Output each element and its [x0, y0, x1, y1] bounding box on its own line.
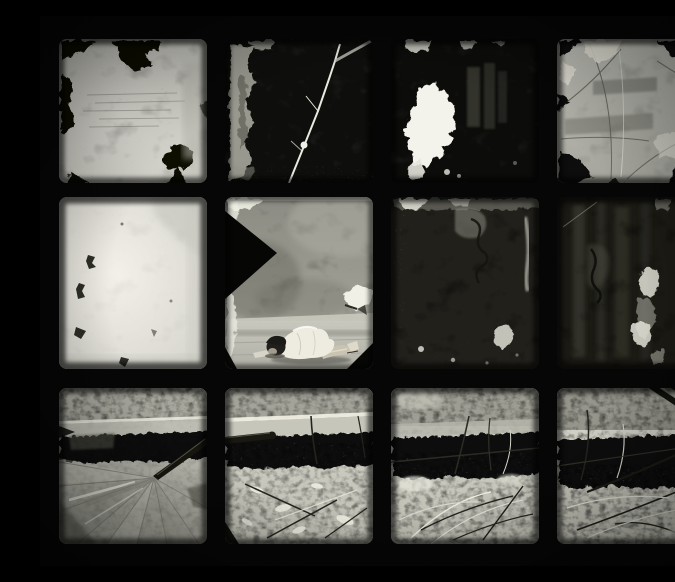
photograph-broken-window: Black-and-white photograph looking throu… [40, 16, 675, 566]
film-grain [40, 16, 675, 566]
window-photo [40, 16, 675, 566]
